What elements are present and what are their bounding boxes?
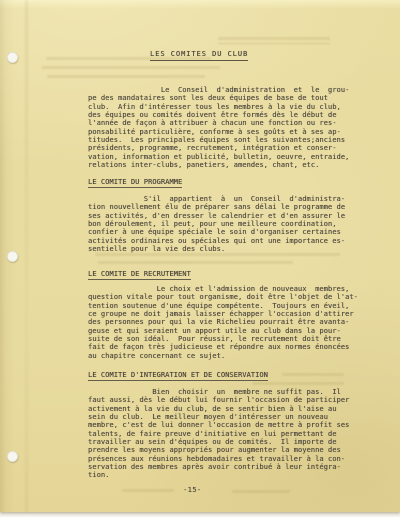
bleedthrough-mark [252, 382, 344, 385]
bleedthrough-mark [218, 43, 330, 44]
bleedthrough-mark [218, 37, 330, 40]
section-body-recrutement: Le choix et l'admission de nouveaux memb… [88, 285, 358, 360]
section-heading-integration: LE COMITE D'INTEGRATION ET DE CONSERVATI… [88, 371, 268, 381]
punch-hole-top [7, 52, 18, 63]
bleedthrough-mark [42, 66, 220, 69]
section-body-programme: S'il appartient à un Conseil d'administr… [88, 195, 345, 253]
bleedthrough-mark [282, 373, 344, 376]
paper-crease [25, 0, 28, 512]
bleedthrough-mark [122, 489, 174, 492]
intro-paragraph: Le Conseil d'administration et le grou- … [88, 86, 349, 169]
section-body-integration: Bien choisir un membre ne suffit pas. Il… [88, 388, 349, 480]
punch-hole-bottom [7, 451, 18, 462]
page-number: -15- [183, 486, 201, 494]
bleedthrough-mark [95, 253, 340, 256]
section-heading-programme: LE COMITE DU PROGRAMME [88, 178, 182, 188]
bleedthrough-mark [232, 490, 290, 493]
bleedthrough-mark [98, 261, 293, 264]
section-heading-recrutement: LE COMITE DE RECRUTEMENT [88, 270, 191, 280]
page-title: LES COMITES DU CLUB [150, 50, 248, 61]
bleedthrough-mark [47, 75, 205, 78]
document-scan: LES COMITES DU CLUB Le Conseil d'adminis… [0, 0, 400, 517]
paper-sheet: LES COMITES DU CLUB Le Conseil d'adminis… [0, 0, 400, 512]
punch-hole-middle [7, 251, 18, 262]
